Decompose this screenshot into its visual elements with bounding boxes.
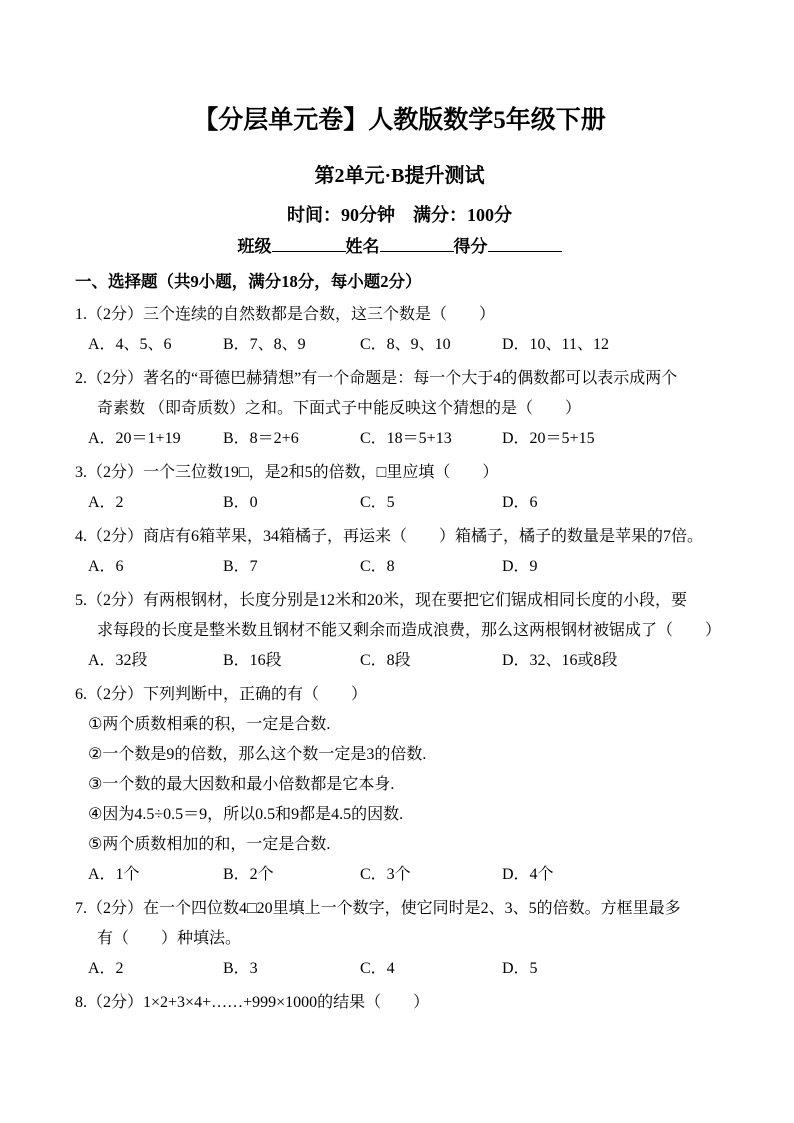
statement-item: ②一个数是9的倍数，那么这个数一定是3的倍数. [88, 740, 724, 770]
option: C．5 [360, 488, 502, 518]
option: B．16段 [223, 646, 360, 676]
question-stem: 8.（2分）1×2+3×4+……+999×1000的结果（ ） [75, 988, 724, 1018]
question-block-6: 6.（2分）下列判断中，正确的有（ ）①两个质数相乘的积，一定是合数.②一个数是… [75, 680, 724, 890]
option: C．8 [360, 552, 502, 582]
option: D．5 [502, 954, 724, 984]
option: B．7 [223, 552, 360, 582]
section-title: 一、选择题（共9小题，满分18分，每小题2分） [75, 268, 724, 296]
option: D．32、16或8段 [502, 646, 724, 676]
class-blank-line [272, 235, 346, 252]
question-block-2: 2.（2分）著名的“哥德巴赫猜想”有一个命题是：每一个大于4的偶数都可以表示成两… [75, 364, 724, 454]
options-row: A．4、5、6B．7、8、9C．8、9、10D．10、11、12 [88, 330, 724, 360]
option: B．0 [223, 488, 360, 518]
option: A．2 [88, 488, 223, 518]
option: D．9 [502, 552, 724, 582]
options-row: A．6B．7C．8D．9 [88, 552, 724, 582]
question-block-3: 3.（2分）一个三位数19□，是2和5的倍数，□里应填（ ）A．2B．0C．5D… [75, 458, 724, 518]
statement-item: ⑤两个质数相加的和，一定是合数. [88, 830, 724, 860]
option: C．18＝5+13 [360, 424, 502, 454]
options-row: A．2B．3C．4D．5 [88, 954, 724, 984]
statement-item: ④因为4.5÷0.5＝9，所以0.5和9都是4.5的因数. [88, 800, 724, 830]
option: A．32段 [88, 646, 223, 676]
option: A．1个 [88, 860, 223, 890]
question-block-5: 5.（2分）有两根钢材，长度分别是12米和20米，现在要把它们锯成相同长度的小段… [75, 586, 724, 676]
option: A．4、5、6 [88, 330, 223, 360]
exam-title: 【分层单元卷】人教版数学5年级下册 [75, 104, 724, 138]
option: B．3 [223, 954, 360, 984]
question-stem: 3.（2分）一个三位数19□，是2和5的倍数，□里应填（ ） [75, 458, 724, 488]
option: D．4个 [502, 860, 724, 890]
question-stem: 2.（2分）著名的“哥德巴赫猜想”有一个命题是：每一个大于4的偶数都可以表示成两… [75, 364, 724, 394]
option: D．10、11、12 [502, 330, 724, 360]
options-row: A．2B．0C．5D．6 [88, 488, 724, 518]
question-stem-continued: 求每段的长度是整米数且钢材不能又剩余而造成浪费，那么这两根钢材被锯成了（ ） [97, 616, 724, 646]
option: A．2 [88, 954, 223, 984]
option: D．20＝5+15 [502, 424, 724, 454]
question-stem: 6.（2分）下列判断中，正确的有（ ） [75, 680, 724, 710]
question-stem: 1.（2分）三个连续的自然数都是合数，这三个数是（ ） [75, 300, 724, 330]
question-stem: 4.（2分）商店有6箱苹果，34箱橘子，再运来（ ）箱橘子，橘子的数量是苹果的7… [75, 522, 724, 552]
name-field-label: 姓名 [346, 237, 380, 256]
questions-container: 1.（2分）三个连续的自然数都是合数，这三个数是（ ）A．4、5、6B．7、8、… [75, 300, 724, 1018]
exam-subtitle: 第2单元·B提升测试 [75, 162, 724, 190]
exam-paper-page: 【分层单元卷】人教版数学5年级下册 第2单元·B提升测试 时间：90分钟 满分：… [0, 0, 794, 1123]
question-stem: 5.（2分）有两根钢材，长度分别是12米和20米，现在要把它们锯成相同长度的小段… [75, 586, 724, 616]
name-blank-line [380, 235, 454, 252]
question-stem: 7.（2分）在一个四位数4□20里填上一个数字，使它同时是2、3、5的倍数。方框… [75, 894, 724, 924]
score-blank-line [488, 235, 562, 252]
question-block-8: 8.（2分）1×2+3×4+……+999×1000的结果（ ） [75, 988, 724, 1018]
name-fields-row: 班级姓名得分 [75, 234, 724, 260]
options-row: A．20＝1+19B．8＝2+6C．18＝5+13D．20＝5+15 [88, 424, 724, 454]
statement-item: ①两个质数相乘的积，一定是合数. [88, 710, 724, 740]
statement-item: ③一个数的最大因数和最小倍数都是它本身. [88, 770, 724, 800]
option: C．8、9、10 [360, 330, 502, 360]
option: B．7、8、9 [223, 330, 360, 360]
exam-info-line: 时间：90分钟 满分：100分 [75, 202, 724, 228]
question-block-4: 4.（2分）商店有6箱苹果，34箱橘子，再运来（ ）箱橘子，橘子的数量是苹果的7… [75, 522, 724, 582]
option: A．6 [88, 552, 223, 582]
question-stem-continued: 奇素数 （即奇质数）之和。下面式子中能反映这个猜想的是（ ） [97, 394, 724, 424]
option: A．20＝1+19 [88, 424, 223, 454]
options-row: A．1个B．2个C．3个D．4个 [88, 860, 724, 890]
score-field-label: 得分 [454, 237, 488, 256]
option: D．6 [502, 488, 724, 518]
options-row: A．32段B．16段C．8段D．32、16或8段 [88, 646, 724, 676]
question-block-1: 1.（2分）三个连续的自然数都是合数，这三个数是（ ）A．4、5、6B．7、8、… [75, 300, 724, 360]
option: B．8＝2+6 [223, 424, 360, 454]
option: C．3个 [360, 860, 502, 890]
class-field-label: 班级 [238, 237, 272, 256]
question-block-7: 7.（2分）在一个四位数4□20里填上一个数字，使它同时是2、3、5的倍数。方框… [75, 894, 724, 984]
option: C．4 [360, 954, 502, 984]
option: B．2个 [223, 860, 360, 890]
question-stem-continued: 有（ ）种填法。 [97, 924, 724, 954]
option: C．8段 [360, 646, 502, 676]
